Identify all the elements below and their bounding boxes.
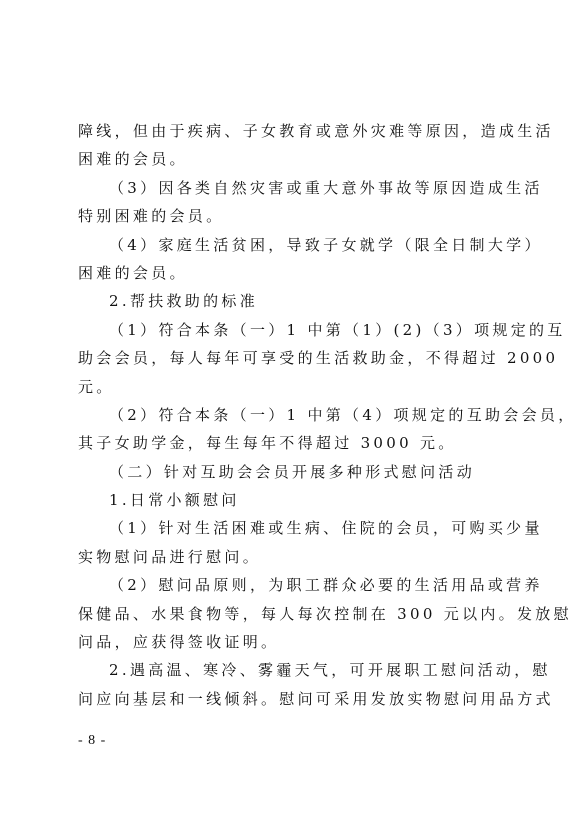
text-line: 元。: [78, 373, 506, 401]
text-line: 其子女助学金，每生每年不得超过 3000 元。: [78, 429, 506, 457]
text-line: 特别困难的会员。: [78, 202, 506, 230]
text-line: 保健品、水果食物等，每人每次控制在 300 元以内。发放慰: [78, 600, 506, 628]
text-line: （3）因各类自然灾害或重大意外事故等原因造成生活: [78, 174, 506, 202]
text-line: （1）针对生活困难或生病、住院的会员，可购买少量: [78, 514, 506, 542]
page-number: - 8 -: [78, 733, 106, 749]
document-page: 障线，但由于疾病、子女教育或意外灾难等原因，造成生活 困难的会员。 （3）因各类…: [0, 0, 582, 817]
body-text: 障线，但由于疾病、子女教育或意外灾难等原因，造成生活 困难的会员。 （3）因各类…: [78, 117, 506, 713]
text-line: 助会会员，每人每年可享受的生活救助金，不得超过 2000: [78, 344, 506, 372]
text-line: 困难的会员。: [78, 259, 506, 287]
text-line: 困难的会员。: [78, 145, 506, 173]
section-heading: 2.帮扶救助的标准: [78, 287, 506, 315]
text-line: 实物慰问品进行慰问。: [78, 543, 506, 571]
section-heading: 1.日常小额慰问: [78, 486, 506, 514]
text-line: （2）符合本条（一）1 中第（4）项规定的互助会会员，: [78, 401, 506, 429]
text-line: （4）家庭生活贫困，导致子女就学（限全日制大学）: [78, 231, 506, 259]
text-line: 2.遇高温、寒冷、雾霾天气，可开展职工慰问活动，慰: [78, 656, 506, 684]
text-line: 问应向基层和一线倾斜。慰问可采用发放实物慰问用品方式: [78, 685, 506, 713]
section-heading: （二）针对互助会会员开展多种形式慰问活动: [78, 458, 506, 486]
text-line: 问品，应获得签收证明。: [78, 628, 506, 656]
text-line: （2）慰问品原则，为职工群众必要的生活用品或营养: [78, 571, 506, 599]
text-line: 障线，但由于疾病、子女教育或意外灾难等原因，造成生活: [78, 117, 506, 145]
text-line: （1）符合本条（一）1 中第（1）(2)（3）项规定的互: [78, 316, 506, 344]
